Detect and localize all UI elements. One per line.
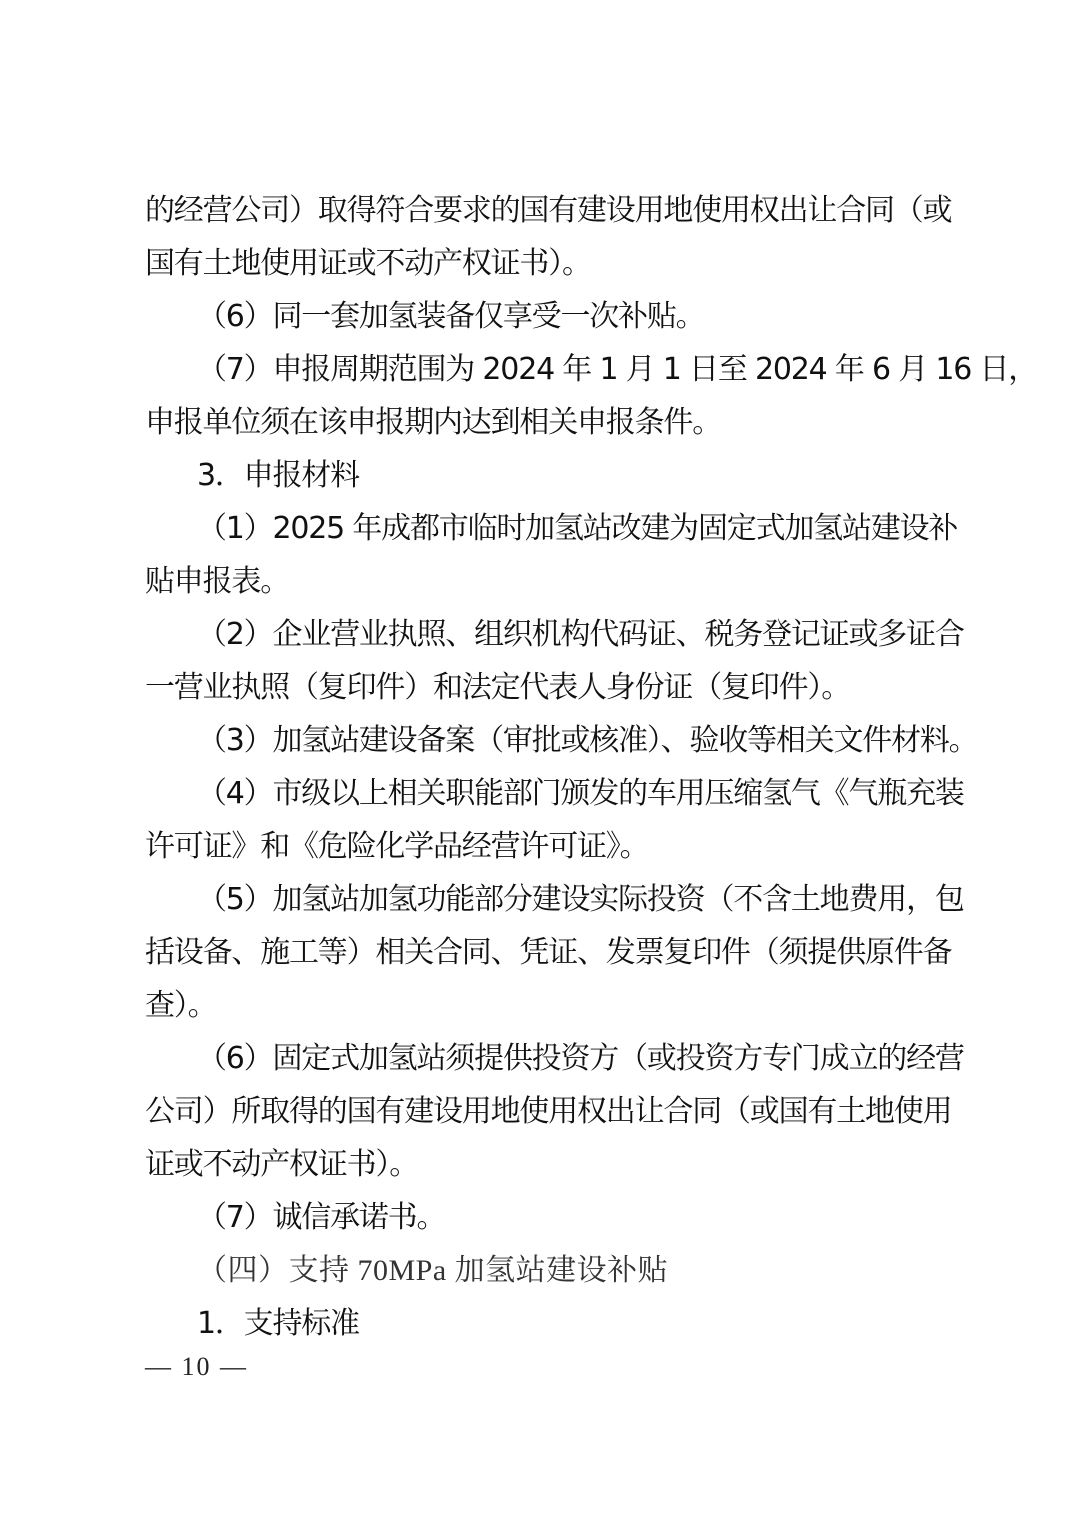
page-number: — 10 — [145, 1352, 248, 1382]
paragraph-line: 申报单位须在该申报期内达到相关申报条件。 [145, 397, 721, 449]
list-item-4-permits: （4）市级以上相关职能部门颁发的车用压缩氢气《气瓶充装 [197, 768, 964, 820]
section-heading-application-materials: 3．申报材料 [197, 450, 359, 502]
list-item-7-integrity-pledge: （7）诚信承诺书。 [197, 1192, 445, 1244]
paragraph-line: 公司）所取得的国有建设用地使用权出让合同（或国有土地使用 [145, 1086, 951, 1138]
list-item-2-business-license: （2）企业营业执照、组织机构代码证、税务登记证或多证合 [197, 609, 964, 661]
list-item-5-investment-docs: （5）加氢站加氢功能部分建设实际投资（不含土地费用，包 [197, 874, 964, 926]
paragraph-line: 许可证》和《危险化学品经营许可证》。 [145, 821, 648, 873]
subsection-heading-support-standard: 1．支持标准 [197, 1298, 359, 1350]
paragraph-line: 证或不动产权证书）。 [145, 1139, 418, 1191]
paragraph-line: 查）。 [145, 980, 216, 1032]
list-item-7-application-period: （7）申报周期范围为 2024 年 1 月 1 日至 2024 年 6 月 16… [197, 344, 1037, 396]
paragraph-line: 一营业执照（复印件）和法定代表人身份证（复印件）。 [145, 662, 850, 714]
paragraph-line: 括设备、施工等）相关合同、凭证、发票复印件（须提供原件备 [145, 927, 951, 979]
list-item-6-equipment-subsidy: （6）同一套加氢装备仅享受一次补贴。 [197, 291, 705, 343]
paragraph-line: 国有土地使用证或不动产权证书）。 [145, 238, 591, 290]
paragraph-line: 的经营公司）取得符合要求的国有建设用地使用权出让合同（或 [145, 185, 951, 237]
list-item-1-application-form: （1）2025 年成都市临时加氢站改建为固定式加氢站建设补 [197, 503, 957, 555]
section-heading-70mpa-subsidy: （四）支持 70MPa 加氢站建设补贴 [197, 1245, 668, 1297]
list-item-6-land-use-contract: （6）固定式加氢站须提供投资方（或投资方专门成立的经营 [197, 1033, 964, 1085]
list-item-3-construction-filing: （3）加氢站建设备案（审批或核准）、验收等相关文件材料。 [197, 715, 978, 767]
paragraph-line: 贴申报表。 [145, 556, 289, 608]
